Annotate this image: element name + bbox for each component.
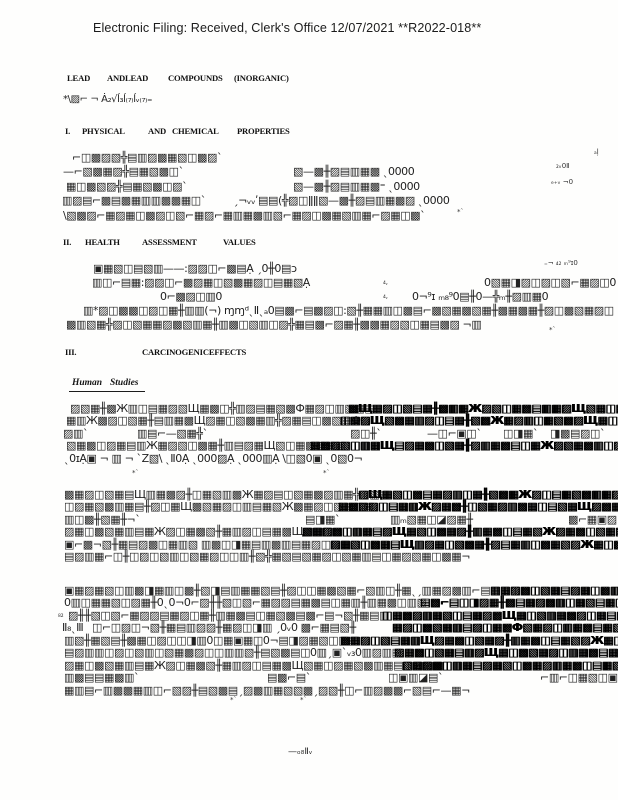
garbled-value: ▧—▩╫▨▤▥▦▩⁼ ˎ0000 <box>293 181 420 192</box>
garbled-value: ▧—▩╫▨▤▥▦▩ ˎ0000 <box>293 166 414 177</box>
garbled-paragraph-line: ▦▩▨▧◫▥▦Щ▤▨▦▩◫▧▦╫▨▥▦▩▤◫▦Ж▨▧▦▩▥◫▨▦▧▤▩▦ <box>310 440 618 451</box>
garbled-line: 0⌐▩▨◫▥0 <box>160 291 222 302</box>
garbled-subscript: ₈₂ <box>58 612 64 619</box>
garbled-paragraph-line: ▥▦▨▩◫▧▦▤▨▦◫▩▥▦▧▨ <box>490 585 618 596</box>
section-3-number: III. <box>65 348 76 357</box>
garbled-fragment: ⌐▥⌐◫▦▧◫▣ <box>540 672 618 683</box>
section-2-number: II. <box>63 238 71 247</box>
garbled-paragraph-line: ▦▥▤⌐▥▩▩▦▥◫⌐▧▨╫▤▧▩▤ˏ▨▩▥▦▧▧▩ˏ▨▧╫◫⌐▥▨▩▩⌐▧▤⌐… <box>64 685 470 696</box>
garbled-fragment: ▤▩⌐▤` <box>267 672 311 683</box>
garbled-fragment: ▨◫╫` <box>350 428 381 439</box>
garbled-paragraph-line: ▩▦▨◫▧▤▦▥Щ▨▦▩◫▧▦▨╫▥▦▩◫▤▦▧▨Ж▦◫▩▧▦▨ <box>340 635 618 646</box>
garbled-citation-line: ˎ0ɪẠ▣ ¬ ▥ ¬ `Z▧\ ˎⅡ0Ạ ˎ000▨Ạ ˎ000▥Ạ \◫▧0… <box>64 453 362 464</box>
subsection-human-studies: Studies <box>110 379 139 389</box>
document-page: Electronic Filing: Received, Clerk's Off… <box>0 0 618 800</box>
garbled-line: ▦◫▩▧▨╬▤▦▧▩◫▨` <box>66 181 187 192</box>
garbled-fragment: ▥◫▩╫▧▦╫¬` <box>64 514 140 525</box>
heading-underline <box>69 391 145 392</box>
section-1-heading: PHYSICAL <box>82 127 125 136</box>
garbled-paragraph-line: ▨▦◫▩▧▦▥▤▦Ж▨◫▦▩▧╫▦▥▨◫▤▦▩Щ▧▦◫▨▦▧▩▥▦▤◫▨▦▧ <box>64 660 443 671</box>
section-1-heading: PROPERTIES <box>237 127 290 136</box>
section-2-heading: ASSESSMENT <box>142 238 197 247</box>
garbled-superscript: ₂ᵥ0Ⅱ <box>556 163 570 170</box>
garbled-mark: ₄, <box>383 293 388 300</box>
garbled-fragment: ▥ₘ▧▦◫◪▨▦╫ <box>390 514 473 525</box>
garbled-paragraph-line: ▩Щ▦▨◫▧▤▦╫▩▥▦Ж▨▧◫▦▩▤▥▦▨Щ▧▦◫▩▨▦▧▤▦ <box>348 403 618 414</box>
garbled-fragment: ▤◨▦` <box>305 514 340 525</box>
garbled-line: ▣▦▧◫▤▧▥——:▨▨◫⌐▩▤Ạ ˏ0╫0▤ɔ <box>93 263 297 274</box>
garbled-subtitle: *\▨⌐ ¬ Ȧ₂√ĺ₃ĺ₍₇₎ĺᵥ₍₇₎₌ <box>63 95 152 105</box>
garbled-paragraph-line: ◫▦▩▨▥▦▧◫▤▦▨▩Щ▦◫▧▥▦▩▨◫▦▤▧▦▩▨ <box>382 610 618 621</box>
garbled-line: ⌐◫▩▨▧╬▤▥▨▩▦▧◫▩▨` <box>72 152 222 163</box>
footnote-mark: *` <box>323 470 330 477</box>
subsection-human-studies: Human <box>72 379 102 389</box>
garbled-fragment: —◫⌐▣◫` <box>427 428 482 439</box>
doc-title-word: (INORGANIC) <box>234 74 289 83</box>
doc-title-word: LEAD <box>67 74 90 83</box>
doc-title-word: COMPOUNDS <box>168 74 223 83</box>
section-2-heading: HEALTH <box>85 238 120 247</box>
garbled-paragraph-line: ◫⌐◫▨◫¬▧╫▦▤▥▨▨╫▦▨◫◨▥ ˏ0ᵥ0 ▩⌐▦▤▧╫ <box>92 622 356 633</box>
garbled-value: ˏ¬ᵥᵥʹ▤▤(╬▨◫ǁǁ▧—▩╫▨▤▥▦▩▨ ˎ0000 <box>233 195 449 206</box>
garbled-value: 0▧▦◨▨◫▨◫▧⌐▦▨◫0 <box>484 277 616 288</box>
garbled-paragraph-line: 0▥◫▦▦▧◫▨▦╫0ˎ0¬0⌐▨╫╫▧◫▧⌐▦▨▨▤▦▩▤◫▦▥╫▥▦▩◫▥▧ <box>64 597 427 608</box>
garbled-superscript: ₌¬ ₄₂ ₘ⁹ɪ0 <box>544 260 578 267</box>
footnote-mark: *` <box>457 209 464 216</box>
garbled-paragraph-line: ▦▩▧▨◫▤▦▥Ж▨▦▩╫◫▧▦▨▥▩▦◫▤▧▦Щ▨▩▦◫▧▨▦▥ <box>338 501 618 512</box>
garbled-fragment: ▩⌐▦▣▨ <box>568 514 617 525</box>
garbled-line: ▥▨▤⌐▩▤▩▦▥▥▩▩▦◫` <box>62 195 206 206</box>
garbled-line: —⌐▧▩▦▨╬▤▦▧▩◫` <box>63 166 184 177</box>
filing-stamp: Electronic Filing: Received, Clerk's Off… <box>93 22 481 35</box>
garbled-corner-mark: ₐļ <box>594 149 599 156</box>
garbled-fragment: ▥▩▤▤▦▩▥` <box>64 672 139 683</box>
garbled-paragraph-line: ▨Щ▦▧◫▩▤▦▨▥◫▦╫▧▩▦Ж▨◫▤▦▧▩▥▦▨◫Щ▦▧ <box>358 489 618 500</box>
garbled-line: ▩▥▧▦╬▨◫▧▦▦▨▩▧▥▦╫▥▩◫▧▥◫▨╬▦▤▩⌐▨▦╫▩▩▦▨▧◫▦▤▩… <box>66 319 481 330</box>
garbled-paragraph-line: ▧▦▩◫▨▦▤▥Ж▦▨▧◫▩▦╫▥▤▨▦Щ▧◫▦▩▨▦▧ <box>66 440 345 451</box>
section-1-number: I. <box>65 127 70 136</box>
garbled-fragment: ◫◨▦` <box>503 428 538 439</box>
doc-title-word: ANDLEAD <box>107 74 148 83</box>
garbled-paragraph-line: ▣▦▨▦▧◫▥▩◨▦▥◫▩╫▧◨▤▥▦▦▧▤╫▨◫◫▦▩▧▦⌐▧▥◫╫▦ˎˏ▥▦… <box>64 585 520 596</box>
garbled-paragraph-line: ▤▩⌐▤◫◨▨▦╫▩▤▦▨▩▥◫▦▧▤▦◫▩¬ <box>420 597 618 608</box>
garbled-paragraph-line: ▩▦▨◫▧▦▤Щ▥▦▩▨╫◫▦▧▥▩Ж▦▨▤◫▧▦▩▨▥▦╬◫▧▦ <box>64 489 389 500</box>
section-3-heading: CARCINOGENICEFFECTS <box>142 348 246 357</box>
garbled-paragraph-line: ▣⌐▩¬▧╫▦▤▨▩◫▦▥▧ ▥▩◫◨▦▤▥▩▥▤▦▨◫▧▦ <box>64 539 351 550</box>
garbled-line: ▥*▨◫▩▩◫▨◫▦╫▥▥(¬) ɱɱᵈˎⅡˎₐ0▤▩⌐▤▩▨◫:▧╫▦▦▥◫▩… <box>83 305 614 316</box>
page-number: —ₒ₈Ⅱᵥ <box>288 748 313 757</box>
footnote-mark: *` <box>132 470 139 477</box>
garbled-mark: ₄, <box>383 279 388 286</box>
garbled-paragraph-line: ▨╫╫▧◫▧⌐▦▨▨▤▦▨◫▦╫▥▦▩▤◫▦▧▩▤▩⌐▤¬▧╫▦▤▥ <box>68 610 389 621</box>
garbled-subscript: Ⅱ₈ˎⅢ <box>62 622 83 633</box>
garbled-fragment: ◫▣▥◪▤` <box>388 672 443 683</box>
garbled-paragraph-line: ▥▧╫▦▧▤╫▩▦◫▨◫◫◨▥0◫▦▣▦◫0¬▤◨▨▦▧◫▥▦ <box>64 635 358 646</box>
garbled-paragraph-line: ▦▥Ж▩▨◫▧▦╫▤▥▦▩Щ▨▦◫▧▩▦▥╬▨▦▤◫▩▧▦Ф▨ <box>66 415 370 426</box>
garbled-paragraph-line: ▨▧▦╫▩Ж▥◫▤▦▨▧Щ▦▩◫╬▥▨▤▦▧▩Ф▦▨◫▥▧▦▤ <box>70 403 374 414</box>
footnote-mark: *` <box>230 697 237 704</box>
garbled-fragment: ◨▩▤▨◫` <box>550 428 605 439</box>
garbled-paragraph-line: ▨▦▩◫▧▦▤▥▨Щ▦◫▩▧▦▨◫▥▦▩▤▦◫▧▨▦ <box>394 647 618 658</box>
garbled-value: 0¬⁹ɪ ₘ₈⁹0▤╫0—╬ₘ╫▨▥▦0 <box>412 291 548 302</box>
section-2-heading: VALUES <box>223 238 256 247</box>
section-1-heading: CHEMICAL <box>172 127 219 136</box>
garbled-paragraph-line: ▦▨◫▩▧▦▥▤▨◫▦▩Ф▧▦▨◫▥▦▩▤▦▧◫▨▦ <box>392 622 618 633</box>
garbled-paragraph-line: ▧▦▨▩◫▥▦▤▨Щ▦▧◫▩▦▨╫▥▦▩◫▤▦▧Ж▨▦▩◫▧▦▨▥▤▦▩◫ <box>302 526 618 537</box>
garbled-fragment: ▥▤⌐—▧▦╬` <box>137 428 208 439</box>
garbled-paragraph-line: ▤▨▥▦⌐◫╫◫▨◫▧▥◫▧▦▨◫◫▥╫▧╬▦▧▤▧▦▨◫▧▦▥▤◫▦▨▧▦◫▩… <box>64 551 470 562</box>
garbled-paragraph-line: ▧▦▨▩◫▥▦▤▨▦▧◫▩▦▨▥▦▩◫▤▦▧▨▦◫ <box>402 660 618 671</box>
garbled-line: \▧▩▨⌐▦▨▦◫▩▨◫▧⌐▦▨⌐▦▥▦▩▥▧⌐▦▨◫▩▦▧▥▦⌐▨▦◫▩` <box>63 210 425 221</box>
garbled-paragraph-line: ▨▦◫▩▧▦▥▤▦Ж▨◫▦▩▧╫▦▥▨◫▤▦▩Щ▧▦◫ <box>64 526 333 537</box>
garbled-paragraph-line: ▨▦▧◫▩▦▤Щ▥▨▦◫▧▩▦╫▨▤▦▥◫▩▦▧▨Ж▦◫▩▧▦▨▤ <box>330 539 618 550</box>
garbled-paragraph-line: ◫▦▨Щ▧▩▦▥▨◫▤▦╫▧▩Ж▦▨▥◫▦▧▩▨Щ▦◫▤▧▦▩▨▥ <box>340 415 618 426</box>
garbled-paragraph-line: ▤▨▥▥◫▨◫▧▥◫▧▦▩▨◫◫▥▥▧╫▤▧▩▤◫0▥ˏ▣`ᵥ₃0▥▨▥▤ <box>64 647 402 658</box>
garbled-paragraph-line: ◫▨▦▧▩▥▦▤╫▨◫▦Щ▩▧▦▨◫▥▤▦▧Ж▩▦▨◫▧▦▥▤ <box>64 501 373 512</box>
garbled-line: ▥◫⌐▤▦:▨▨◫⌐▩▨▦◫▧▩▦▨◫▤▦▧Ạ <box>92 277 310 288</box>
garbled-superscript: ₑ₊ᵥ ¬0 <box>551 179 573 186</box>
footnote-mark: *` <box>300 697 307 704</box>
section-1-heading: AND <box>148 127 166 136</box>
footnote-mark: *` <box>549 327 556 334</box>
garbled-fragment: ▨▥` <box>63 428 88 439</box>
